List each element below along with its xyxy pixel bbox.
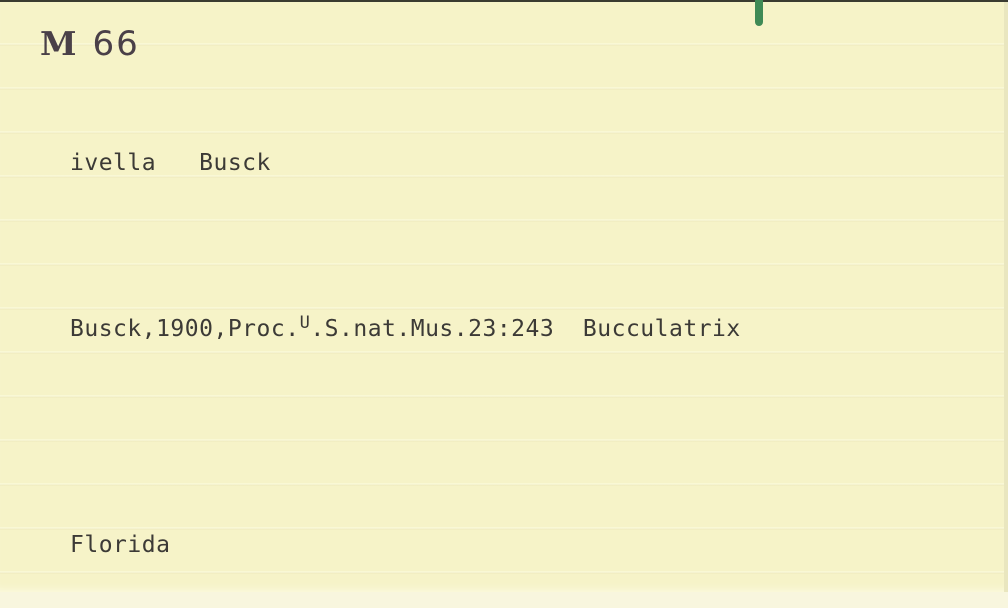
stamp-letter: M [40,24,79,63]
stamp-number: 66 [93,24,140,64]
reference-post: .S.nat.Mus.23:243 [310,316,554,342]
reference-line: Busck,1900,Proc.U.S.nat.Mus.23:243 Buccu… [70,316,741,342]
taxon-name: ivella [70,150,156,176]
genus-name: Bucculatrix [583,316,741,342]
taxon-author: Busck [199,150,271,176]
index-card: M66 ivella Busck Busck,1900,Proc.U.S.nat… [0,2,1008,596]
reference-superscript: U [300,313,311,333]
card-bottom-edge [0,592,1008,608]
reference-pre: Busck,1900,Proc. [70,316,300,342]
green-tab-marker [755,0,763,26]
locality: Florida [70,532,170,558]
taxon-line: ivella Busck [70,150,271,176]
catalog-stamp: M66 [40,24,140,64]
